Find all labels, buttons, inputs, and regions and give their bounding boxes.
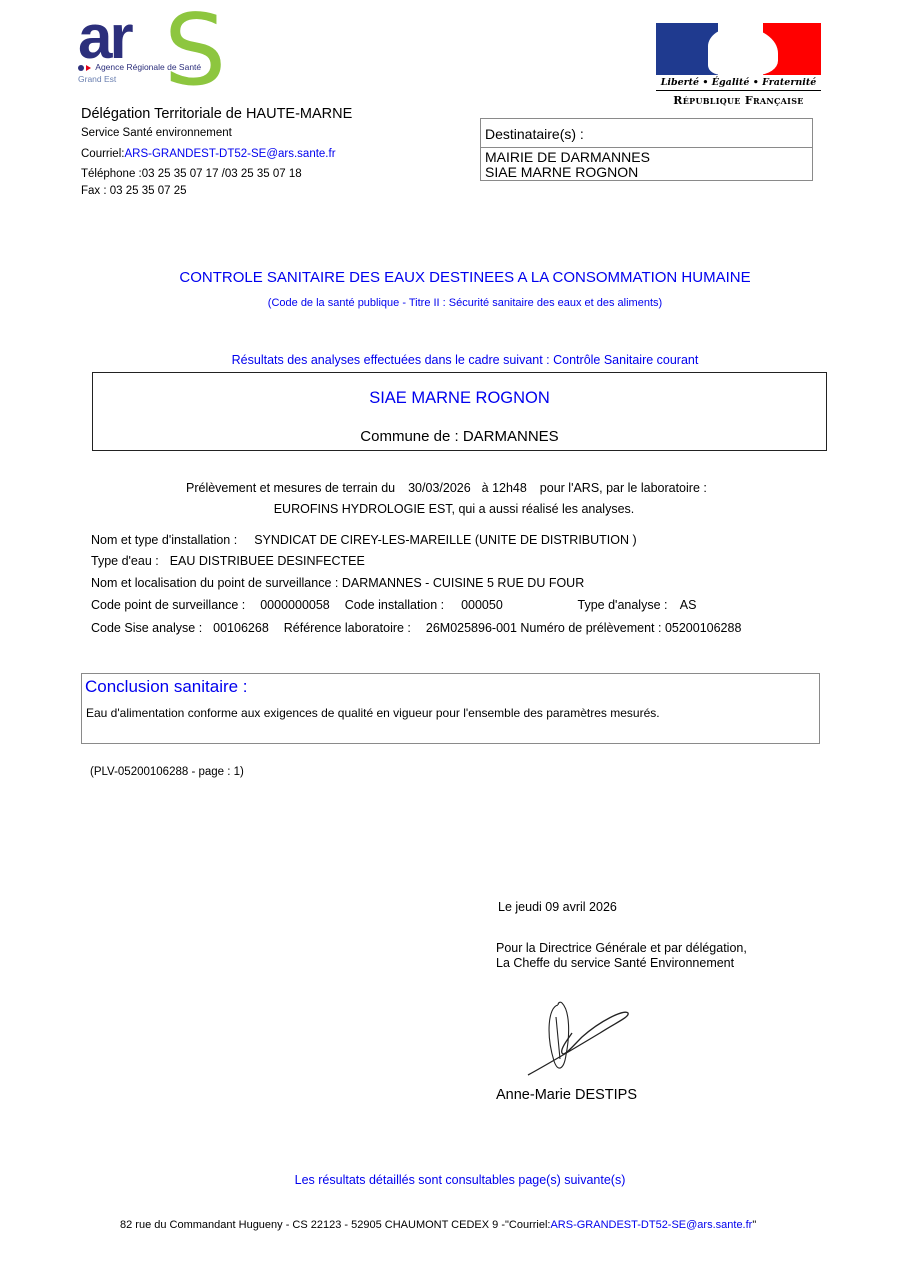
red-arrow-icon xyxy=(86,65,91,71)
date-value: jeudi 09 avril 2026 xyxy=(515,900,616,914)
sender-fax: Fax : 03 25 35 07 25 xyxy=(81,185,187,197)
codes-row: Code point de surveillance : 0000000058 … xyxy=(91,598,696,612)
footer-address: 82 rue du Commandant Hugueny - CS 22123 … xyxy=(120,1219,550,1231)
sise-value: 00106268 xyxy=(213,621,269,635)
footer-address-line: 82 rue du Commandant Hugueny - CS 22123 … xyxy=(120,1219,756,1231)
site-name: SIAE MARNE ROGNON xyxy=(93,389,826,408)
installation-code-label: Code installation : xyxy=(345,598,444,612)
analysis-type-label: Type d'analyse : xyxy=(578,598,668,612)
commune: Commune de : DARMANNES xyxy=(93,428,826,445)
recipients-label: Destinataire(s) : xyxy=(485,126,584,142)
signature-date: Le jeudi 09 avril 2026 xyxy=(498,900,617,914)
email-label: Courriel: xyxy=(81,148,124,160)
signature-line-1: Pour la Directrice Générale et par délég… xyxy=(496,941,747,955)
lab-ref-value: 26M025896-001 xyxy=(426,621,517,635)
ars-agency-line: Agence Régionale de Santé xyxy=(78,62,201,72)
date-prefix: Le xyxy=(498,900,512,914)
analysis-type-value: AS xyxy=(680,598,697,612)
analysis-context: Résultats des analyses effectuées dans l… xyxy=(15,353,900,367)
sample-number-value: 05200106288 xyxy=(665,621,741,635)
recipient-item: MAIRIE DE DARMANNES xyxy=(485,150,650,165)
footer-email-suffix: " xyxy=(752,1219,756,1231)
installation-code-value: 000050 xyxy=(461,598,503,612)
recipient-item: SIAE MARNE ROGNON xyxy=(485,165,650,180)
ars-logo-s: S xyxy=(164,0,226,108)
references-row: Code Sise analyse : 00106268 Référence l… xyxy=(91,621,741,635)
installation-value: SYNDICAT DE CIREY-LES-MAREILLE (UNITE DE… xyxy=(254,533,636,547)
water-type-row: Type d'eau : EAU DISTRIBUEE DESINFECTEE xyxy=(91,554,365,568)
sender-phone: Téléphone :03 25 35 07 17 /03 25 35 07 1… xyxy=(81,168,302,180)
document-subtitle: (Code de la santé publique - Titre II : … xyxy=(15,297,900,309)
signature-line-2: La Cheffe du service Santé Environnement xyxy=(496,956,734,970)
surveillance-point-value: DARMANNES - CUISINE 5 RUE DU FOUR xyxy=(342,576,584,590)
handwritten-signature-icon xyxy=(520,995,640,1080)
conclusion-box: Conclusion sanitaire : Eau d'alimentatio… xyxy=(81,673,820,744)
ars-agency-name: Agence Régionale de Santé xyxy=(95,62,201,72)
installation-row: Nom et type d'installation : SYNDICAT DE… xyxy=(91,533,637,547)
service-name: Service Santé environnement xyxy=(81,127,232,139)
document-title: CONTROLE SANITAIRE DES EAUX DESTINEES A … xyxy=(15,269,900,286)
footer-email-link[interactable]: ARS-GRANDEST-DT52-SE@ars.sante.fr xyxy=(550,1219,752,1231)
surveillance-point-label: Nom et localisation du point de surveill… xyxy=(91,576,338,590)
laboratory-line: EUROFINS HYDROLOGIE EST, qui a aussi réa… xyxy=(0,502,900,516)
conclusion-title: Conclusion sanitaire : xyxy=(85,677,248,697)
signer-name: Anne-Marie DESTIPS xyxy=(496,1087,637,1103)
installation-label: Nom et type d'installation : xyxy=(91,533,237,547)
sample-number-label: Numéro de prélèvement : xyxy=(520,621,661,635)
ars-region: Grand Est xyxy=(78,74,116,84)
sampling-time: à 12h48 xyxy=(482,481,527,495)
ars-logo: ar S Agence Régionale de Santé Grand Est xyxy=(78,16,228,98)
recipients-list: MAIRIE DE DARMANNES SIAE MARNE ROGNON xyxy=(485,150,650,180)
recipients-box: Destinataire(s) : MAIRIE DE DARMANNES SI… xyxy=(480,118,813,181)
republic-name: République Française xyxy=(656,94,821,107)
conclusion-text: Eau d'alimentation conforme aux exigence… xyxy=(86,706,660,720)
sender-email-line: Courriel:ARS-GRANDEST-DT52-SE@ars.sante.… xyxy=(81,148,336,160)
point-code-value: 0000000058 xyxy=(260,598,330,612)
water-type-value: EAU DISTRIBUEE DESINFECTEE xyxy=(170,554,365,568)
sampling-prefix: Prélèvement et mesures de terrain du xyxy=(186,481,395,495)
water-type-label: Type d'eau : xyxy=(91,554,159,568)
sampling-date: 30/03/2026 xyxy=(408,481,471,495)
republic-motto: Liberté • Égalité • Fraternité xyxy=(656,77,821,91)
sender-email-link[interactable]: ARS-GRANDEST-DT52-SE@ars.sante.fr xyxy=(124,148,335,160)
lab-ref-label: Référence laboratoire : xyxy=(284,621,411,635)
page-reference: (PLV-05200106288 - page : 1) xyxy=(90,766,244,778)
blue-dot-icon xyxy=(78,65,84,71)
details-note: Les résultats détaillés sont consultable… xyxy=(10,1173,900,1187)
point-code-label: Code point de surveillance : xyxy=(91,598,245,612)
sampling-suffix: pour l'ARS, par le laboratoire : xyxy=(540,481,707,495)
site-box: SIAE MARNE ROGNON Commune de : DARMANNES xyxy=(92,372,827,451)
sise-label: Code Sise analyse : xyxy=(91,621,202,635)
delegation-title: Délégation Territoriale de HAUTE-MARNE xyxy=(81,106,352,122)
surveillance-point-row: Nom et localisation du point de surveill… xyxy=(91,576,584,590)
marianne-logo xyxy=(656,23,821,75)
sampling-line: Prélèvement et mesures de terrain du 30/… xyxy=(186,481,707,495)
